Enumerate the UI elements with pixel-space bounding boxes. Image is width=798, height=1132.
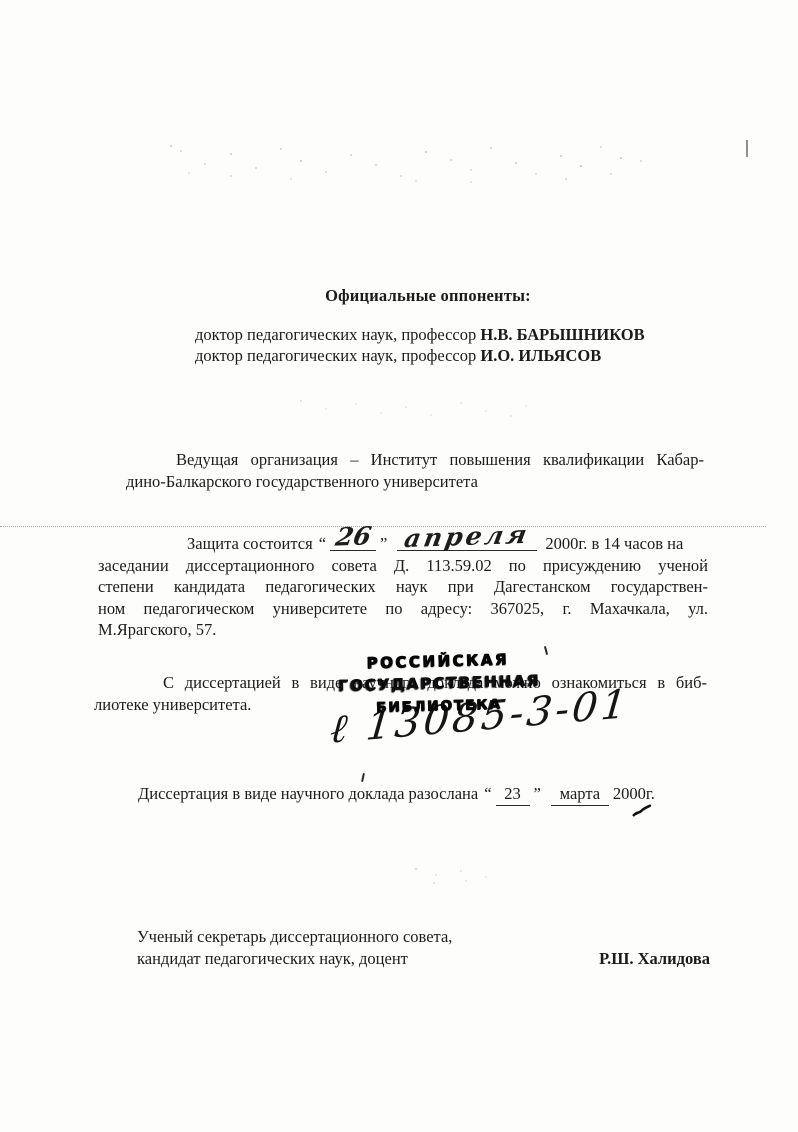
mailed-date-line: Диссертация в виде научного доклада разо… [138, 783, 655, 806]
scanned-document-page: Официальные оппоненты: доктор педагогиче… [0, 0, 798, 1132]
stamp-line-1: РОССИЙСКАЯ [337, 651, 537, 671]
ink-tick-mark [544, 646, 548, 655]
opponent-1-degree: доктор педагогических наук, профессор [195, 325, 480, 344]
defense-line-2: заседании диссертационного совета Д. 113… [98, 555, 708, 577]
mailed-month-underlined: марта [551, 783, 609, 806]
mailed-day-underlined: 23 [496, 783, 530, 806]
defense-line-4: ном педагогическом университете по адрес… [98, 598, 708, 620]
leading-organization-line-2: дино-Балкарского государственного универ… [126, 471, 704, 493]
opponents-block: доктор педагогических наук, профессор Н.… [195, 324, 645, 366]
handwritten-month: апреля [404, 530, 531, 544]
handwritten-day-slot: 26 [330, 533, 376, 551]
handwritten-month-slot: апреля [397, 533, 537, 551]
open-quote: “ [484, 784, 491, 803]
secretary-line-1: Ученый секретарь диссертационного совета… [137, 926, 710, 948]
defense-date-line: Защита состоится“26”апреля2000г. в 14 ча… [98, 533, 708, 555]
section-heading-official-opponents: Официальные оппоненты: [58, 285, 798, 307]
leading-organization-line-1: Ведущая организация – Институт повышения… [126, 449, 704, 471]
scan-noise-lower [415, 868, 417, 870]
mailed-line-before: Диссертация в виде научного доклада разо… [138, 784, 478, 803]
close-quote: ” [380, 534, 387, 553]
defense-line-5: М.Ярагского, 57. [98, 619, 708, 641]
handwritten-day: 26 [335, 531, 372, 542]
opponent-2-name: И.О. ИЛЬЯСОВ [480, 346, 601, 365]
secretary-line-2-row: кандидат педагогических наук, доцент Р.Ш… [137, 948, 710, 970]
secretary-title: кандидат педагогических наук, доцент [137, 948, 408, 970]
opponent-line-1: доктор педагогических наук, профессор Н.… [195, 324, 645, 345]
library-stamp: РОССИЙСКАЯ ГОСУДАРСТВЕННАЯ БИБЛИОТЕКА [337, 651, 538, 715]
scan-edge-mark [746, 140, 748, 157]
stamp-line-2: ГОСУДАРСТВЕННАЯ [338, 673, 538, 693]
secretary-block: Ученый секретарь диссертационного совета… [137, 926, 710, 970]
defense-line-before: Защита состоится [187, 534, 313, 553]
leading-organization-paragraph: Ведущая организация – Институт повышения… [126, 449, 704, 492]
secretary-name: Р.Ш. Халидова [599, 948, 710, 970]
scan-noise-middle [300, 400, 302, 402]
defense-paragraph: Защита состоится“26”апреля2000г. в 14 ча… [98, 533, 708, 641]
opponent-2-degree: доктор педагогических наук, профессор [195, 346, 480, 365]
mailed-year: 2000г. [613, 784, 655, 803]
scan-noise-top [170, 145, 172, 147]
dotted-separator-line [0, 526, 766, 527]
opponent-1-name: Н.В. БАРЫШНИКОВ [480, 325, 644, 344]
defense-line-after: 2000г. в 14 часов на [545, 534, 683, 553]
opponent-line-2: доктор педагогических наук, профессор И.… [195, 345, 645, 366]
open-quote: “ [319, 534, 326, 553]
ink-blot-mark [631, 802, 653, 825]
close-quote: ” [534, 784, 541, 803]
defense-line-3: степени кандидата педагогических наук пр… [98, 576, 708, 598]
ink-curl-mark [361, 773, 365, 782]
